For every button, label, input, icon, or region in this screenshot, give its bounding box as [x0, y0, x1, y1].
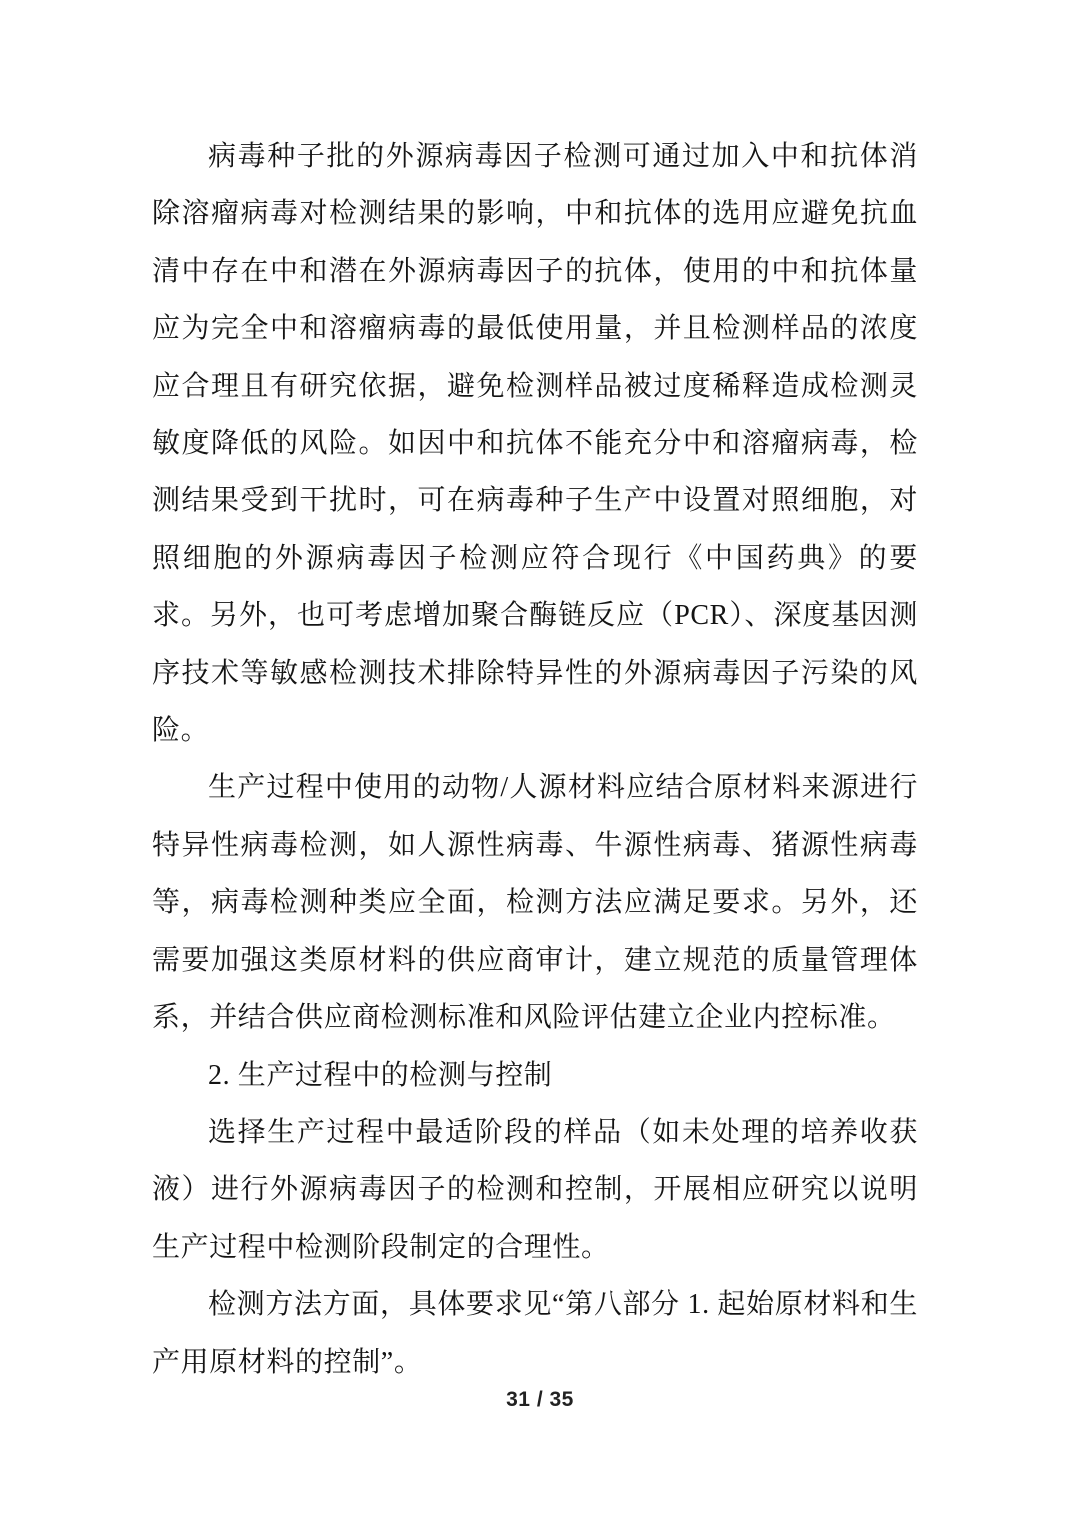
paragraph-process-sample-selection: 选择生产过程中最适阶段的样品（如未处理的培养收获液）进行外源病毒因子的检测和控制… — [152, 1104, 918, 1276]
paragraph-virus-seed-adventitious-agent-testing: 病毒种子批的外源病毒因子检测可通过加入中和抗体消除溶瘤病毒对检测结果的影响，中和… — [152, 128, 918, 759]
section-heading-process-testing-control: 2. 生产过程中的检测与控制 — [152, 1047, 918, 1104]
paragraph-detection-method-reference: 检测方法方面，具体要求见“第八部分 1. 起始原材料和生产用原材料的控制”。 — [152, 1276, 918, 1391]
page-number: 31 / 35 — [0, 1388, 1080, 1412]
paragraph-animal-human-source-materials: 生产过程中使用的动物/人源材料应结合原材料来源进行特异性病毒检测，如人源性病毒、… — [152, 759, 918, 1046]
document-body: 病毒种子批的外源病毒因子检测可通过加入中和抗体消除溶瘤病毒对检测结果的影响，中和… — [152, 128, 918, 1391]
document-page: 病毒种子批的外源病毒因子检测可通过加入中和抗体消除溶瘤病毒对检测结果的影响，中和… — [0, 0, 1080, 1527]
